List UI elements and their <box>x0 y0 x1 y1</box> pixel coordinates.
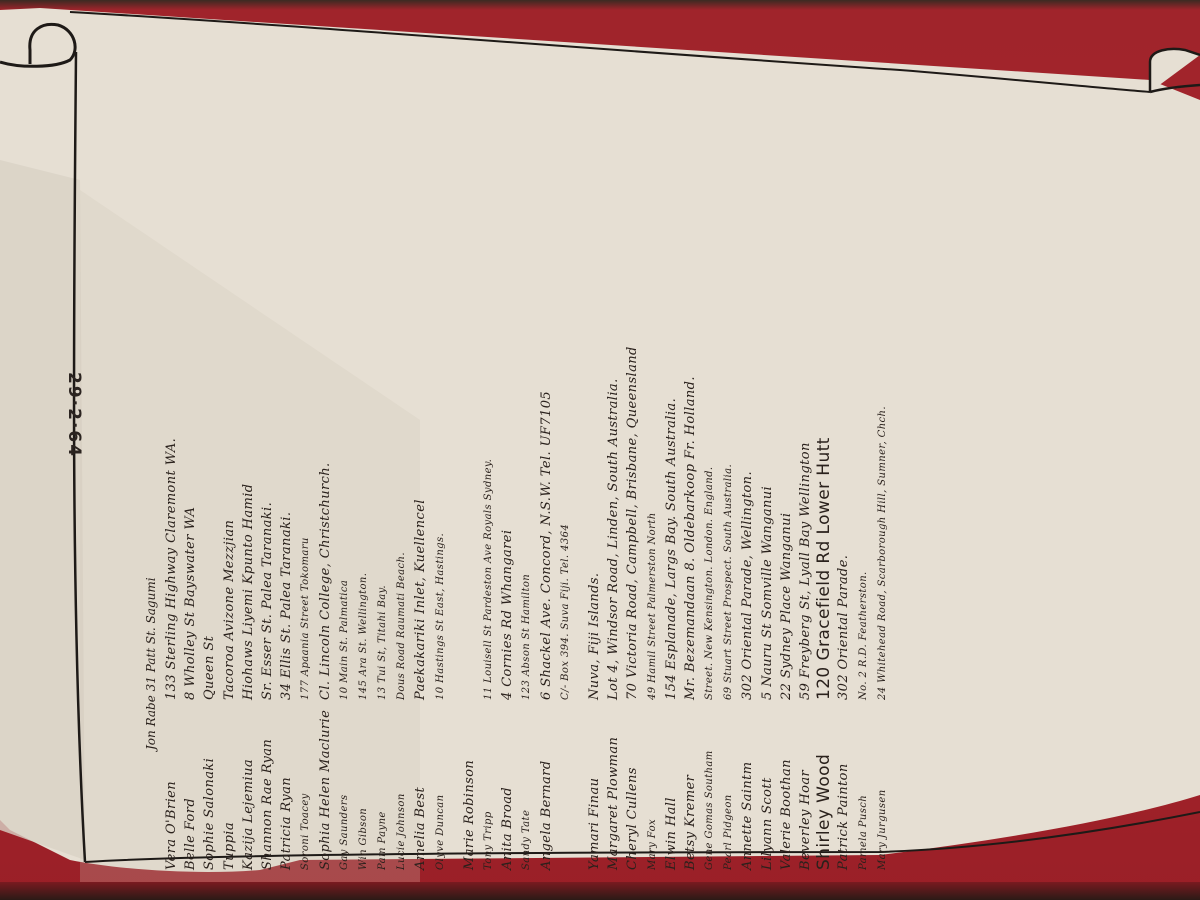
list-item: TuppiaTacoroa Avizone Mezzjian <box>220 110 239 870</box>
entry-name: Sandy Tate <box>517 700 536 870</box>
entry-address: Paekakariki Inlet, Kuellencel <box>411 499 430 700</box>
entry-address: 4 Cornies Rd Whangarei <box>498 530 517 700</box>
entry-name: Angela Bernard <box>537 700 556 870</box>
entry-name: Yamari Finau <box>585 700 604 870</box>
entry-address: Queen St <box>200 636 219 700</box>
entry-address: Nuva, Fiji Islands. <box>585 573 604 700</box>
list-item: Mary Fox49 Hamil Street Palmerston North <box>643 110 662 870</box>
list-item: Yamari FinauNuva, Fiji Islands. <box>585 110 604 870</box>
entry-name: Pam Payne <box>373 700 392 870</box>
list-item: Lilyann Scott5 Nauru St Somville Wanganu… <box>758 110 777 870</box>
entry-address: 24 Whitehead Road, Scarborough Hill, Sum… <box>873 406 892 700</box>
scroll-curl-top-right <box>1150 49 1200 92</box>
list-item: Beverley Hoar59 Freyberg St, Lyall Bay W… <box>796 110 815 870</box>
entry-name: Annette Saintm <box>738 700 757 870</box>
entry-name: Marie Robinson <box>460 700 479 870</box>
spacer <box>575 110 585 870</box>
list-item: Sophia Helen MaclurieCl. Lincoln College… <box>316 110 335 870</box>
list-item: Pearl Pidgeon69 Stuart Street Prospect. … <box>719 110 738 870</box>
entry-name: Margaret Plowman <box>604 700 623 870</box>
entry-name: Valerie Boothan <box>777 700 796 870</box>
entry-address: 145 Ara St. Wellington. <box>354 573 373 700</box>
entry-address: 13 Tui St, Titahi Bay. <box>373 585 392 700</box>
entry-address: Lot 4, Windsor Road, Linden, South Austr… <box>604 378 623 700</box>
entry-name: Win Gibson <box>354 700 373 870</box>
entry-name: Sophia Helen Maclurie <box>316 700 335 870</box>
entry-address: C/- Box 394. Suva Fiji. Tel. 4364 <box>556 524 575 700</box>
list-item: Shannon Rae RyanSr. Esser St. Palea Tara… <box>258 110 277 870</box>
entry-name: Vera O'Brien <box>162 700 181 870</box>
list-item: Annette Saintm302 Oriental Parade, Welli… <box>738 110 757 870</box>
entry-address: 10 Hastings St East, Hastings. <box>431 533 450 700</box>
entry-address: Mr. Bezemandaan 8. Oldebarkoop Fr. Holla… <box>681 376 700 700</box>
entry-address: Hiohaws Liyemi Kpunto Hamid <box>239 484 258 700</box>
entry-address: Dous Road Raumati Beach. <box>392 552 411 700</box>
spacer <box>450 110 460 870</box>
entry-address: 49 Hamil Street Palmerston North <box>643 512 662 700</box>
list-item: Gene Gomas SouthamStreet. New Kensington… <box>700 110 719 870</box>
entry-address: 302 Oriental Parade, Wellington. <box>738 471 757 700</box>
entry-address: Street. New Kensington. London. England. <box>700 467 719 700</box>
entry-address: 120 Gracefield Rd Lower Hutt <box>815 437 834 700</box>
entry-address: 154 Esplanade, Largs Bay. South Australi… <box>662 398 681 700</box>
entry-name: Pamela Pusch <box>854 700 873 870</box>
list-item: Soroni Toacey177 Apaania Street Tokomaru <box>296 110 315 870</box>
entry-address: 8 Wholley St Bayswater WA <box>181 507 200 700</box>
entry-address: Sr. Esser St. Palea Taranaki. <box>258 502 277 700</box>
entry-name: Patricia Ryan <box>277 700 296 870</box>
list-item: Anita Broad4 Cornies Rd Whangarei <box>498 110 517 870</box>
entry-name: Elwin Hall <box>662 700 681 870</box>
list-item: Mary Jurgusen24 Whitehead Road, Scarboro… <box>873 110 892 870</box>
list-item: Vera O'Brien133 Sterling Highway Claremo… <box>162 110 181 870</box>
list-item: Gay Saunders10 Main St. Palmatica <box>335 110 354 870</box>
entry-name: Lucie Johnson <box>392 700 411 870</box>
list-item: Pam Payne13 Tui St, Titahi Bay. <box>373 110 392 870</box>
scroll-heading: Jon Rabe 31 Patt St. Sagumi <box>140 110 162 870</box>
entry-name: Mary Fox <box>643 700 662 870</box>
entry-name: Gene Gomas Southam <box>700 700 719 870</box>
entry-address: 11 Louisell St Pardeston Ave Royals Sydn… <box>479 459 498 700</box>
entry-name: Belle Ford <box>181 700 200 870</box>
entry-address: 70 Victoria Road, Campbell, Brisbane, Qu… <box>623 346 642 700</box>
list-item: Patricia Ryan34 Ellis St. Palea Taranaki… <box>277 110 296 870</box>
list-item: Kazija LejemiuaHiohaws Liyemi Kpunto Ham… <box>239 110 258 870</box>
list-item: Sandy Tate123 Abson St Hamilton <box>517 110 536 870</box>
entry-name: Tuppia <box>220 700 239 870</box>
entry-name: Anita Broad <box>498 700 517 870</box>
entry-name: Pearl Pidgeon <box>719 700 738 870</box>
entry-name: Shannon Rae Ryan <box>258 700 277 870</box>
list-item: Amelia BestPaekakariki Inlet, Kuellencel <box>411 110 430 870</box>
list-item: Tony Tripp11 Louisell St Pardeston Ave R… <box>479 110 498 870</box>
entry-address: Cl. Lincoln College, Christchurch. <box>316 462 335 700</box>
list-item: C/- Box 394. Suva Fiji. Tel. 4364 <box>556 110 575 870</box>
list-item: Elwin Hall154 Esplanade, Largs Bay. Sout… <box>662 110 681 870</box>
list-item: Belle Ford8 Wholley St Bayswater WA <box>181 110 200 870</box>
list-item: Valerie Boothan22 Sydney Place Wanganui <box>777 110 796 870</box>
entry-name: Tony Tripp <box>479 700 498 870</box>
frame-bottom-edge <box>0 882 1200 900</box>
entry-list: Vera O'Brien133 Sterling Highway Claremo… <box>162 110 892 870</box>
entry-address: 69 Stuart Street Prospect. South Austral… <box>719 464 738 700</box>
list-item: Patrick Painton302 Oriental Parade. <box>834 110 853 870</box>
entry-address: 123 Abson St Hamilton <box>517 574 536 700</box>
entry-address: 10 Main St. Palmatica <box>335 580 354 700</box>
list-item: Shirley Wood120 Gracefield Rd Lower Hutt <box>815 110 834 870</box>
list-item: Betsy KremerMr. Bezemandaan 8. Oldebarko… <box>681 110 700 870</box>
list-item: Angela Bernard6 Shackel Ave. Concord, N.… <box>537 110 556 870</box>
list-item: Olyve Duncan10 Hastings St East, Hasting… <box>431 110 450 870</box>
entry-address: 133 Sterling Highway Claremont WA. <box>162 438 181 700</box>
entry-address: No. 2 R.D. Featherston. <box>854 571 873 700</box>
entry-name: Gay Saunders <box>335 700 354 870</box>
list-item: Cheryl Cullens70 Victoria Road, Campbell… <box>623 110 642 870</box>
handwritten-text-layer: Jon Rabe 31 Patt St. Sagumi Vera O'Brien… <box>140 110 1040 870</box>
entry-address: 59 Freyberg St, Lyall Bay Wellington <box>796 442 815 700</box>
entry-name: Amelia Best <box>411 700 430 870</box>
entry-name: Betsy Kremer <box>681 700 700 870</box>
entry-name: Soroni Toacey <box>296 700 315 870</box>
date-stamp: 29·2·64 <box>64 372 84 458</box>
entry-address: Tacoroa Avizone Mezzjian <box>220 520 239 700</box>
entry-name: Sophie Salonaki <box>200 700 219 870</box>
entry-address: 177 Apaania Street Tokomaru <box>296 537 315 700</box>
entry-address: 5 Nauru St Somville Wanganui <box>758 486 777 700</box>
entry-name: Cheryl Cullens <box>623 700 642 870</box>
entry-address: 302 Oriental Parade. <box>834 555 853 700</box>
list-item: Lucie JohnsonDous Road Raumati Beach. <box>392 110 411 870</box>
entry-name: Olyve Duncan <box>431 700 450 870</box>
entry-address: 6 Shackel Ave. Concord, N.S.W. Tel. UF71… <box>537 391 556 700</box>
entry-address: 34 Ellis St. Palea Taranaki. <box>277 512 296 700</box>
entry-name: Shirley Wood <box>815 700 834 870</box>
list-item: Pamela PuschNo. 2 R.D. Featherston. <box>854 110 873 870</box>
entry-name: Kazija Lejemiua <box>239 700 258 870</box>
entry-name: Patrick Painton <box>834 700 853 870</box>
entry-address: 22 Sydney Place Wanganui <box>777 513 796 700</box>
entry-name: Beverley Hoar <box>796 700 815 870</box>
list-item: Marie Robinson <box>460 110 479 870</box>
entry-name: Lilyann Scott <box>758 700 777 870</box>
list-item: Margaret PlowmanLot 4, Windsor Road, Lin… <box>604 110 623 870</box>
list-item: Win Gibson145 Ara St. Wellington. <box>354 110 373 870</box>
handwritten-list: Jon Rabe 31 Patt St. Sagumi Vera O'Brien… <box>140 110 892 870</box>
list-item: Sophie SalonakiQueen St <box>200 110 219 870</box>
entry-name: Mary Jurgusen <box>873 700 892 870</box>
